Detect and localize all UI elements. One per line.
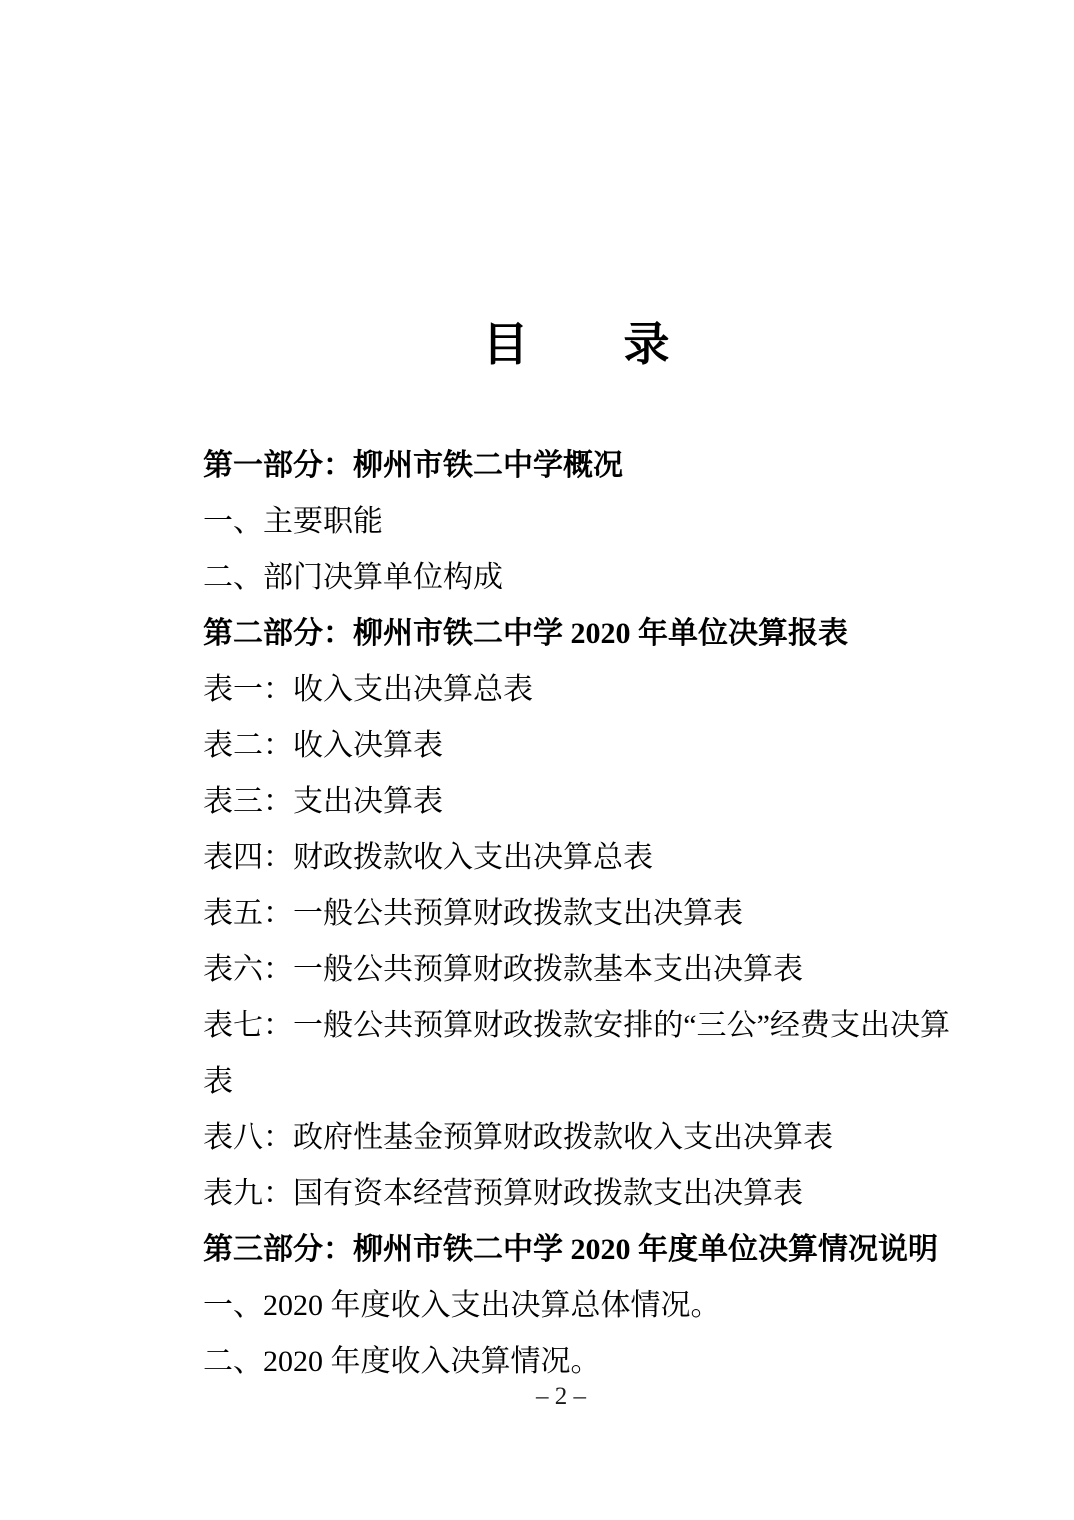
toc-entry: 表四：财政拨款收入支出决算总表: [203, 830, 950, 886]
toc-entry: 表六：一般公共预算财政拨款基本支出决算表: [203, 942, 950, 998]
toc-section-heading: 第一部分：柳州市铁二中学概况: [203, 438, 950, 494]
toc-entry: 表二：收入决算表: [203, 718, 950, 774]
page-number: – 2 –: [0, 1382, 1074, 1412]
toc-entry: 表八：政府性基金预算财政拨款收入支出决算表: [203, 1110, 950, 1166]
toc-entry: 表三：支出决算表: [203, 774, 950, 830]
table-of-contents: 第一部分：柳州市铁二中学概况 一、主要职能 二、部门决算单位构成 第二部分：柳州…: [203, 438, 950, 1390]
document-page: 目 录 第一部分：柳州市铁二中学概况 一、主要职能 二、部门决算单位构成 第二部…: [0, 0, 1074, 1520]
toc-entry: 表五：一般公共预算财政拨款支出决算表: [203, 886, 950, 942]
toc-entry: 表九：国有资本经营预算财政拨款支出决算表: [203, 1166, 950, 1222]
toc-entry: 表七：一般公共预算财政拨款安排的“三公”经费支出决算表: [203, 998, 950, 1110]
toc-entry: 一、主要职能: [203, 494, 950, 550]
toc-entry: 表一：收入支出决算总表: [203, 662, 950, 718]
toc-section-heading: 第二部分：柳州市铁二中学 2020 年单位决算报表: [203, 606, 950, 662]
toc-section-heading: 第三部分：柳州市铁二中学 2020 年度单位决算情况说明: [203, 1222, 950, 1278]
document-title: 目 录: [203, 320, 950, 371]
toc-entry: 一、2020 年度收入支出决算总体情况。: [203, 1278, 950, 1334]
toc-entry: 二、部门决算单位构成: [203, 550, 950, 606]
